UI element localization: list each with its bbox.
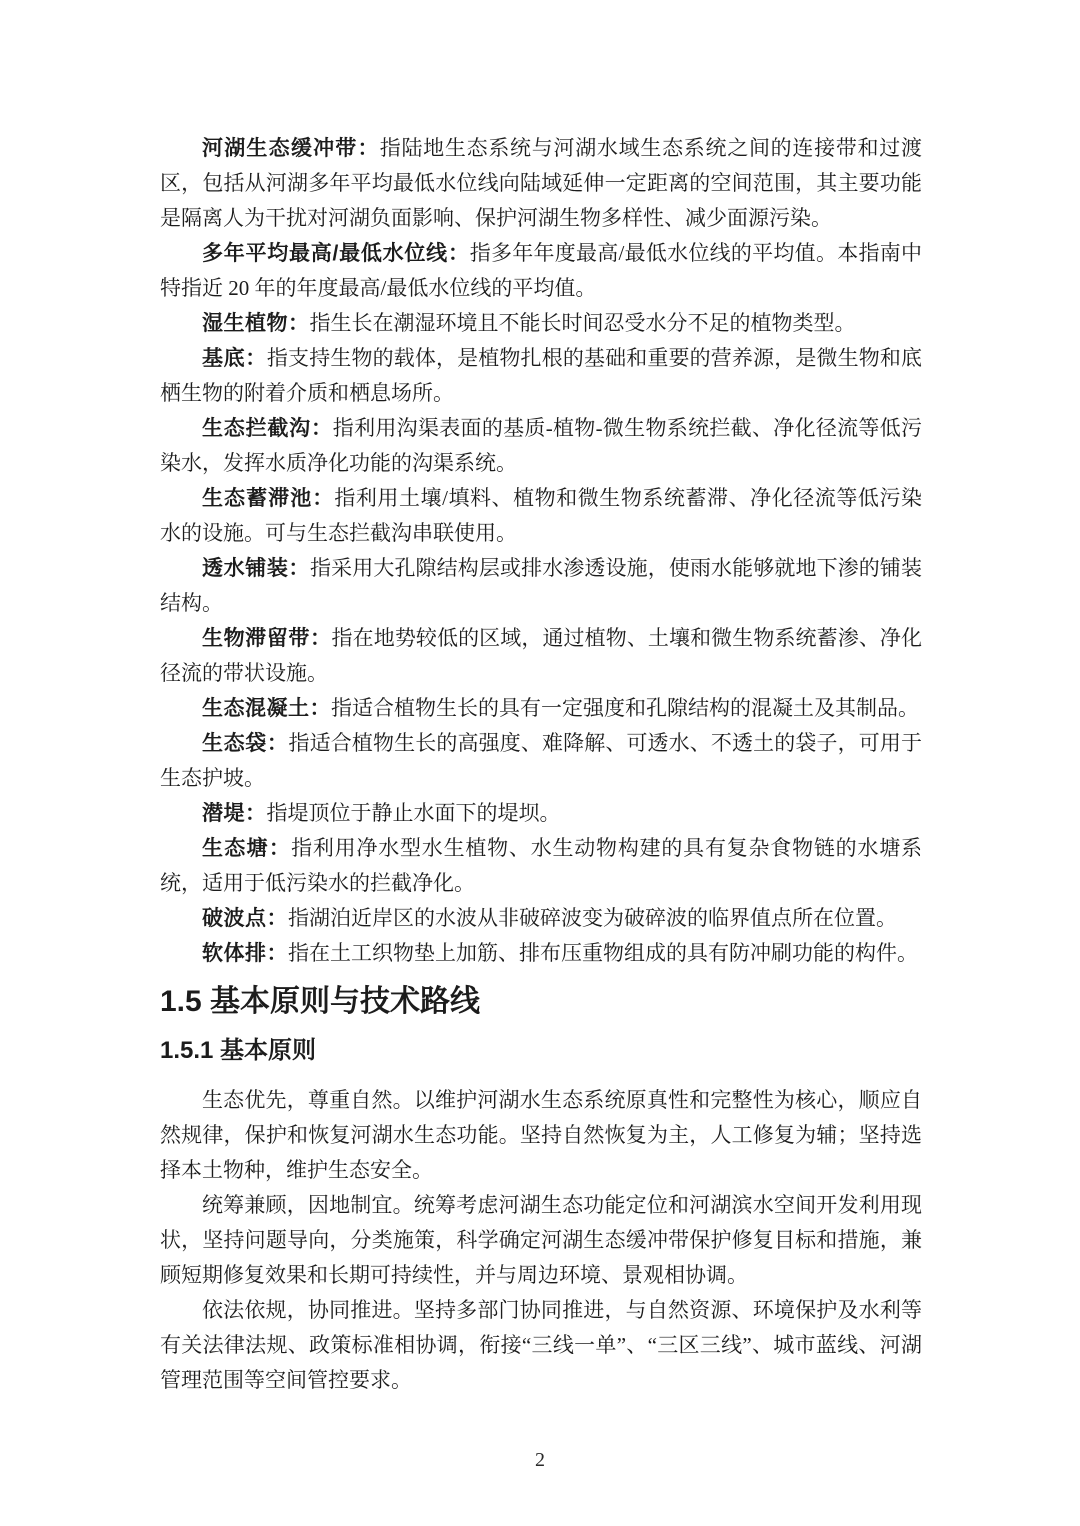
definition-item: 破波点：指湖泊近岸区的水波从非破碎波变为破碎波的临界值点所在位置。 xyxy=(160,901,922,936)
definition-item: 基底：指支持生物的载体，是植物扎根的基础和重要的营养源，是微生物和底栖生物的附着… xyxy=(160,341,922,411)
definition-item: 湿生植物：指生长在潮湿环境且不能长时间忍受水分不足的植物类型。 xyxy=(160,306,922,341)
definition-term: 生态混凝土： xyxy=(202,697,331,720)
definition-term: 生物滞留带： xyxy=(202,627,332,650)
definition-text: 指堤顶位于静止水面下的堤坝。 xyxy=(267,801,561,825)
definition-item: 软体排：指在土工织物垫上加筋、排布压重物组成的具有防冲刷功能的构件。 xyxy=(160,936,922,971)
definition-term: 基底： xyxy=(202,347,267,370)
definition-term: 潜堤： xyxy=(202,802,267,825)
definition-text: 指生长在潮湿环境且不能长时间忍受水分不足的植物类型。 xyxy=(310,311,856,335)
definition-term: 多年平均最高/最低水位线： xyxy=(202,242,470,265)
definition-term: 生态塘： xyxy=(202,837,291,860)
definition-term: 湿生植物： xyxy=(202,312,310,335)
definition-item: 透水铺装：指采用大孔隙结构层或排水渗透设施，使雨水能够就地下渗的铺装结构。 xyxy=(160,551,922,621)
definition-text: 指湖泊近岸区的水波从非破碎波变为破碎波的临界值点所在位置。 xyxy=(288,906,897,930)
definition-term: 破波点： xyxy=(202,907,288,930)
definition-text: 指适合植物生长的具有一定强度和孔隙结构的混凝土及其制品。 xyxy=(331,696,919,720)
page-number: 2 xyxy=(0,1448,1080,1472)
principles-block: 生态优先，尊重自然。以维护河湖水生态系统原真性和完整性为核心，顺应自然规律，保护… xyxy=(160,1083,922,1398)
definition-term: 生态袋： xyxy=(202,732,289,755)
definition-item: 多年平均最高/最低水位线：指多年年度最高/最低水位线的平均值。本指南中特指近 2… xyxy=(160,236,922,306)
section-subheading: 1.5.1 基本原则 xyxy=(160,1035,922,1067)
definition-term: 软体排： xyxy=(202,942,288,965)
definition-item: 生态拦截沟：指利用沟渠表面的基质-植物-微生物系统拦截、净化径流等低污染水，发挥… xyxy=(160,411,922,481)
definition-term: 生态拦截沟： xyxy=(202,417,333,440)
definition-term: 河湖生态缓冲带： xyxy=(202,137,380,160)
definition-item: 生态蓄滞池：指利用土壤/填料、植物和微生物系统蓄滞、净化径流等低污染水的设施。可… xyxy=(160,481,922,551)
page-content: 河湖生态缓冲带：指陆地生态系统与河湖水域生态系统之间的连接带和过渡区，包括从河湖… xyxy=(160,131,922,1398)
principle-paragraph: 统筹兼顾，因地制宜。统筹考虑河湖生态功能定位和河湖滨水空间开发利用现状，坚持问题… xyxy=(160,1188,922,1293)
definition-item: 生物滞留带：指在地势较低的区域，通过植物、土壤和微生物系统蓄渗、净化径流的带状设… xyxy=(160,621,922,691)
definition-item: 潜堤：指堤顶位于静止水面下的堤坝。 xyxy=(160,796,922,831)
definition-item: 生态混凝土：指适合植物生长的具有一定强度和孔隙结构的混凝土及其制品。 xyxy=(160,691,922,726)
document-page: 河湖生态缓冲带：指陆地生态系统与河湖水域生态系统之间的连接带和过渡区，包括从河湖… xyxy=(0,0,1080,1526)
principle-paragraph: 生态优先，尊重自然。以维护河湖水生态系统原真性和完整性为核心，顺应自然规律，保护… xyxy=(160,1083,922,1188)
definition-item: 生态塘：指利用净水型水生植物、水生动物构建的具有复杂食物链的水塘系统，适用于低污… xyxy=(160,831,922,901)
section-heading: 1.5 基本原则与技术路线 xyxy=(160,983,922,1021)
definition-item: 河湖生态缓冲带：指陆地生态系统与河湖水域生态系统之间的连接带和过渡区，包括从河湖… xyxy=(160,131,922,236)
definition-item: 生态袋：指适合植物生长的高强度、难降解、可透水、不透土的袋子，可用于生态护坡。 xyxy=(160,726,922,796)
definition-term: 透水铺装： xyxy=(202,557,310,580)
definition-text: 指在土工织物垫上加筋、排布压重物组成的具有防冲刷功能的构件。 xyxy=(288,941,918,965)
principle-paragraph: 依法依规，协同推进。坚持多部门协同推进，与自然资源、环境保护及水利等有关法律法规… xyxy=(160,1293,922,1398)
definition-text: 指支持生物的载体，是植物扎根的基础和重要的营养源，是微生物和底栖生物的附着介质和… xyxy=(160,346,922,405)
definition-term: 生态蓄滞池： xyxy=(202,487,334,510)
